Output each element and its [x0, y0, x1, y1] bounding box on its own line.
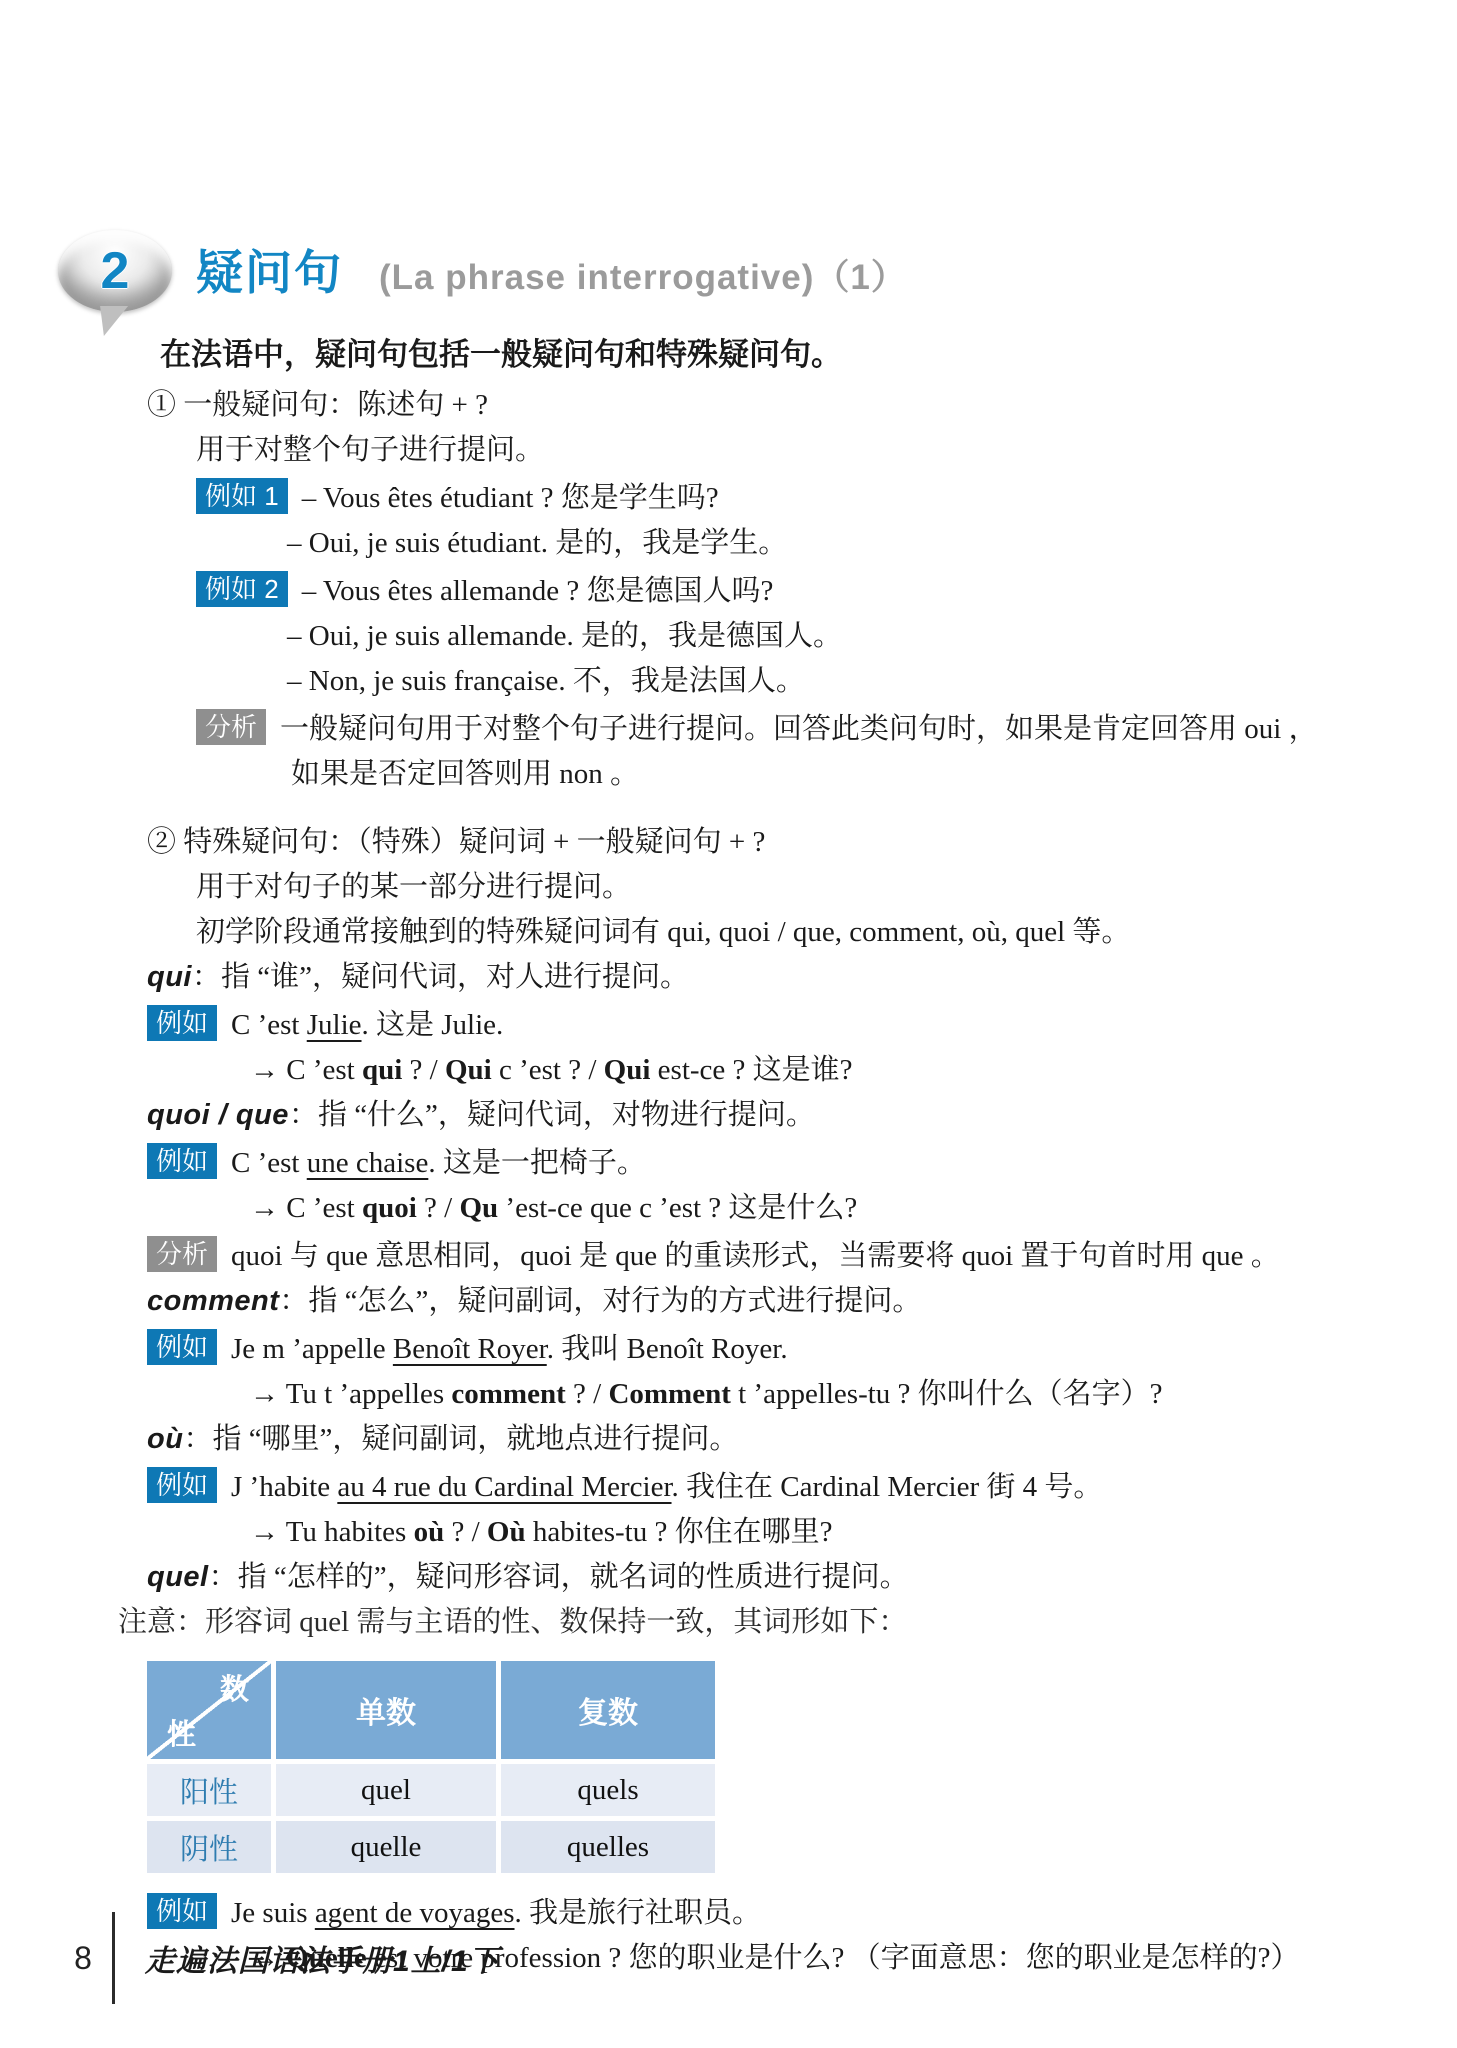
- footer-divider: [112, 1912, 115, 2004]
- text-segment: une chaise: [307, 1147, 429, 1179]
- label-badge: 例如: [147, 1467, 217, 1503]
- text-segment: C ’est: [231, 1009, 307, 1041]
- text-segment: comment: [147, 1285, 279, 1317]
- text-segment: Qu: [459, 1192, 498, 1224]
- text-line: qui：指 “谁”，疑问代词，对人进行提问。: [147, 960, 1457, 994]
- text-line: 用于对整个句子进行提问。: [196, 433, 1457, 467]
- text-segment: Comment: [608, 1378, 730, 1410]
- text-segment: est-ce ? 这是谁?: [650, 1054, 852, 1086]
- page-title: 疑问句: [196, 236, 343, 303]
- text-line: 例如 2– Vous êtes allemande ? 您是德国人吗?: [196, 571, 1457, 608]
- text-segment: ’est-ce que c ’est ? 这是什么?: [498, 1192, 857, 1224]
- table-corner-cell: 数 性: [147, 1661, 271, 1759]
- label-badge: 例如 2: [196, 571, 288, 607]
- page-subtitle: (La phrase interrogative)（1）: [379, 250, 907, 300]
- text-segment: Je m ’appelle: [231, 1333, 393, 1365]
- text-line: 用于对句子的某一部分进行提问。: [196, 870, 1457, 904]
- text-line: 分析quoi 与 que 意思相同，quoi 是 que 的重读形式，当需要将 …: [147, 1236, 1457, 1273]
- text-line: → C ’est quoi ? / Qu ’est-ce que c ’est …: [250, 1191, 1457, 1225]
- text-segment: où: [414, 1516, 445, 1548]
- text-segment: C ’est: [231, 1147, 307, 1179]
- text-segment: ：指 “怎么”，疑问副词，对行为的方式进行提问。: [279, 1285, 921, 1317]
- text-segment: → C ’est: [250, 1054, 362, 1086]
- table-cell: quel: [276, 1764, 496, 1816]
- text-segment: habites-tu ? 你住在哪里?: [526, 1516, 833, 1548]
- text-segment: quoi / que: [147, 1099, 289, 1131]
- corner-label-number: 数: [220, 1667, 249, 1708]
- text-line: 例如C ’est Julie. 这是 Julie.: [147, 1005, 1457, 1042]
- text-segment: . 我住在 Cardinal Mercier 街 4 号。: [672, 1471, 1103, 1503]
- text-segment: . 这是一把椅子。: [428, 1147, 646, 1179]
- speech-bubble-icon: 2: [58, 230, 172, 312]
- text-segment: Benoît Royer: [393, 1333, 547, 1365]
- text-segment: – Vous êtes allemande ? 您是德国人吗?: [302, 575, 774, 607]
- text-line: ② 特殊疑问句：（特殊）疑问词 + 一般疑问句 + ?: [147, 825, 1457, 859]
- text-segment: Julie: [307, 1009, 362, 1041]
- text-segment: ② 特殊疑问句：（特殊）疑问词 + 一般疑问句 + ?: [147, 826, 765, 858]
- text-segment: J ’habite: [231, 1471, 337, 1503]
- table-cell: quels: [501, 1764, 715, 1816]
- text-segment: 用于对整个句子进行提问。: [196, 434, 544, 466]
- text-segment: Qui: [445, 1054, 492, 1086]
- label-badge: 例如: [147, 1005, 217, 1041]
- text-line: comment：指 “怎么”，疑问副词，对行为的方式进行提问。: [147, 1284, 1457, 1318]
- text-segment: comment: [451, 1378, 565, 1410]
- table-header-singular: 单数: [276, 1661, 496, 1759]
- label-badge: 例如: [147, 1329, 217, 1365]
- text-segment: 如果是否定回答则用 non 。: [291, 758, 639, 790]
- section-header: 2 疑问句 (La phrase interrogative)（1）: [0, 226, 1457, 336]
- text-segment: quel: [147, 1561, 209, 1593]
- text-line: – Oui, je suis étudiant. 是的，我是学生。: [287, 526, 1457, 560]
- text-segment: ? /: [444, 1516, 487, 1548]
- text-segment: → C ’est: [250, 1192, 362, 1224]
- text-line: 分析一般疑问句用于对整个句子进行提问。回答此类问句时，如果是肯定回答用 oui …: [196, 709, 1457, 746]
- text-line: 初学阶段通常接触到的特殊疑问词有 qui, quoi / que, commen…: [196, 915, 1457, 949]
- text-line: → Tu habites où ? / Où habites-tu ? 你住在哪…: [250, 1515, 1457, 1549]
- text-segment: ：指 “谁”，疑问代词，对人进行提问。: [192, 961, 689, 993]
- text-segment: ：指 “哪里”，疑问副词，就地点进行提问。: [183, 1423, 738, 1455]
- text-line: – Oui, je suis allemande. 是的，我是德国人。: [287, 619, 1457, 653]
- text-line: 在法语中，疑问句包括一般疑问句和特殊疑问句。: [160, 338, 1457, 372]
- text-line: → C ’est qui ? / Qui c ’est ? / Qui est-…: [250, 1053, 1457, 1087]
- text-segment: 在法语中，疑问句包括一般疑问句和特殊疑问句。: [160, 337, 842, 372]
- text-segment: – Oui, je suis allemande. 是的，我是德国人。: [287, 620, 842, 652]
- text-line: ① 一般疑问句：陈述句 + ?: [147, 388, 1457, 422]
- text-segment: quoi: [362, 1192, 417, 1224]
- text-segment: ① 一般疑问句：陈述句 + ?: [147, 389, 488, 421]
- text-segment: Où: [487, 1516, 526, 1548]
- text-segment: 初学阶段通常接触到的特殊疑问词有 qui, quoi / que, commen…: [196, 916, 1130, 948]
- table-header-plural: 复数: [501, 1661, 715, 1759]
- text-segment: c ’est ? /: [492, 1054, 604, 1086]
- text-line: où：指 “哪里”，疑问副词，就地点进行提问。: [147, 1422, 1457, 1456]
- text-segment: ? /: [566, 1378, 609, 1410]
- text-line: 例如J ’habite au 4 rue du Cardinal Mercier…: [147, 1467, 1457, 1504]
- label-badge: 例如 1: [196, 478, 288, 514]
- text-line: quoi / que：指 “什么”，疑问代词，对物进行提问。: [147, 1098, 1457, 1132]
- label-badge: 分析: [147, 1236, 217, 1272]
- text-segment: qui: [362, 1054, 402, 1086]
- text-segment: – Oui, je suis étudiant. 是的，我是学生。: [287, 527, 787, 559]
- content-lines-before-table: 在法语中，疑问句包括一般疑问句和特殊疑问句。① 一般疑问句：陈述句 + ?用于对…: [0, 338, 1457, 1639]
- table-row-label: 阳性: [147, 1764, 271, 1816]
- text-segment: . 我叫 Benoît Royer.: [547, 1333, 788, 1365]
- text-segment: . 我是旅行社职员。: [515, 1897, 762, 1929]
- text-segment: Qui: [604, 1054, 651, 1086]
- text-segment: 用于对句子的某一部分进行提问。: [196, 871, 631, 903]
- text-line: 例如Je m ’appelle Benoît Royer. 我叫 Benoît …: [147, 1329, 1457, 1366]
- section-number: 2: [101, 241, 130, 301]
- text-line: quel：指 “怎样的”，疑问形容词，就名词的性质进行提问。: [147, 1560, 1457, 1594]
- book-title: 走遍法国语法手册1上/1下: [145, 1936, 500, 1980]
- textbook-page: { "colors":{ "title_blue":"#1286c4","bad…: [0, 0, 1457, 2048]
- page-footer: 8 走遍法国语法手册1上/1下: [62, 1912, 500, 2004]
- text-line: 例如 1– Vous êtes étudiant ? 您是学生吗?: [196, 478, 1457, 515]
- section-title-row: 疑问句 (La phrase interrogative)（1）: [196, 236, 907, 303]
- text-segment: qui: [147, 961, 192, 993]
- text-segment: ? /: [417, 1192, 460, 1224]
- text-segment: ：指 “什么”，疑问代词，对物进行提问。: [289, 1099, 815, 1131]
- text-segment: – Non, je suis française. 不，我是法国人。: [287, 665, 805, 697]
- text-segment: t ’appelles-tu ? 你叫什么（名字）?: [731, 1378, 1163, 1410]
- lesson-content: 在法语中，疑问句包括一般疑问句和特殊疑问句。① 一般疑问句：陈述句 + ?用于对…: [0, 338, 1457, 1986]
- label-badge: 例如: [147, 1143, 217, 1179]
- text-segment: quoi 与 que 意思相同，quoi 是 que 的重读形式，当需要将 qu…: [231, 1240, 1280, 1272]
- text-segment: → Tu t ’appelles: [250, 1378, 451, 1410]
- text-line: 注意：形容词 quel 需与主语的性、数保持一致，其词形如下：: [118, 1605, 1457, 1639]
- table-cell: quelle: [276, 1821, 496, 1873]
- text-segment: → Tu habites: [250, 1516, 414, 1548]
- text-segment: ：指 “怎样的”，疑问形容词，就名词的性质进行提问。: [209, 1561, 909, 1593]
- text-segment: où: [147, 1423, 183, 1455]
- text-segment: est votre profession ? 您的职业是什么? （字面意思：您的…: [367, 1942, 1300, 1974]
- text-line: – Non, je suis française. 不，我是法国人。: [287, 664, 1457, 698]
- text-line: → Tu t ’appelles comment ? / Comment t ’…: [250, 1377, 1457, 1411]
- text-line: 如果是否定回答则用 non 。: [291, 757, 1457, 791]
- text-segment: 注意：形容词 quel 需与主语的性、数保持一致，其词形如下：: [118, 1606, 907, 1638]
- corner-label-gender: 性: [167, 1712, 196, 1753]
- text-segment: au 4 rue du Cardinal Mercier: [337, 1471, 671, 1503]
- label-badge: 分析: [196, 709, 266, 745]
- text-segment: ? /: [402, 1054, 445, 1086]
- page-number: 8: [62, 1940, 104, 1977]
- text-segment: . 这是 Julie.: [362, 1009, 504, 1041]
- text-segment: – Vous êtes étudiant ? 您是学生吗?: [302, 482, 719, 514]
- table-cell: quelles: [501, 1821, 715, 1873]
- text-line: 例如C ’est une chaise. 这是一把椅子。: [147, 1143, 1457, 1180]
- quel-forms-table: 数 性 单数 复数 阳性 quel quels 阴性 quelle quelle…: [147, 1661, 1457, 1873]
- text-segment: 一般疑问句用于对整个句子进行提问。回答此类问句时，如果是肯定回答用 oui ，: [280, 713, 1318, 745]
- table-row-label: 阴性: [147, 1821, 271, 1873]
